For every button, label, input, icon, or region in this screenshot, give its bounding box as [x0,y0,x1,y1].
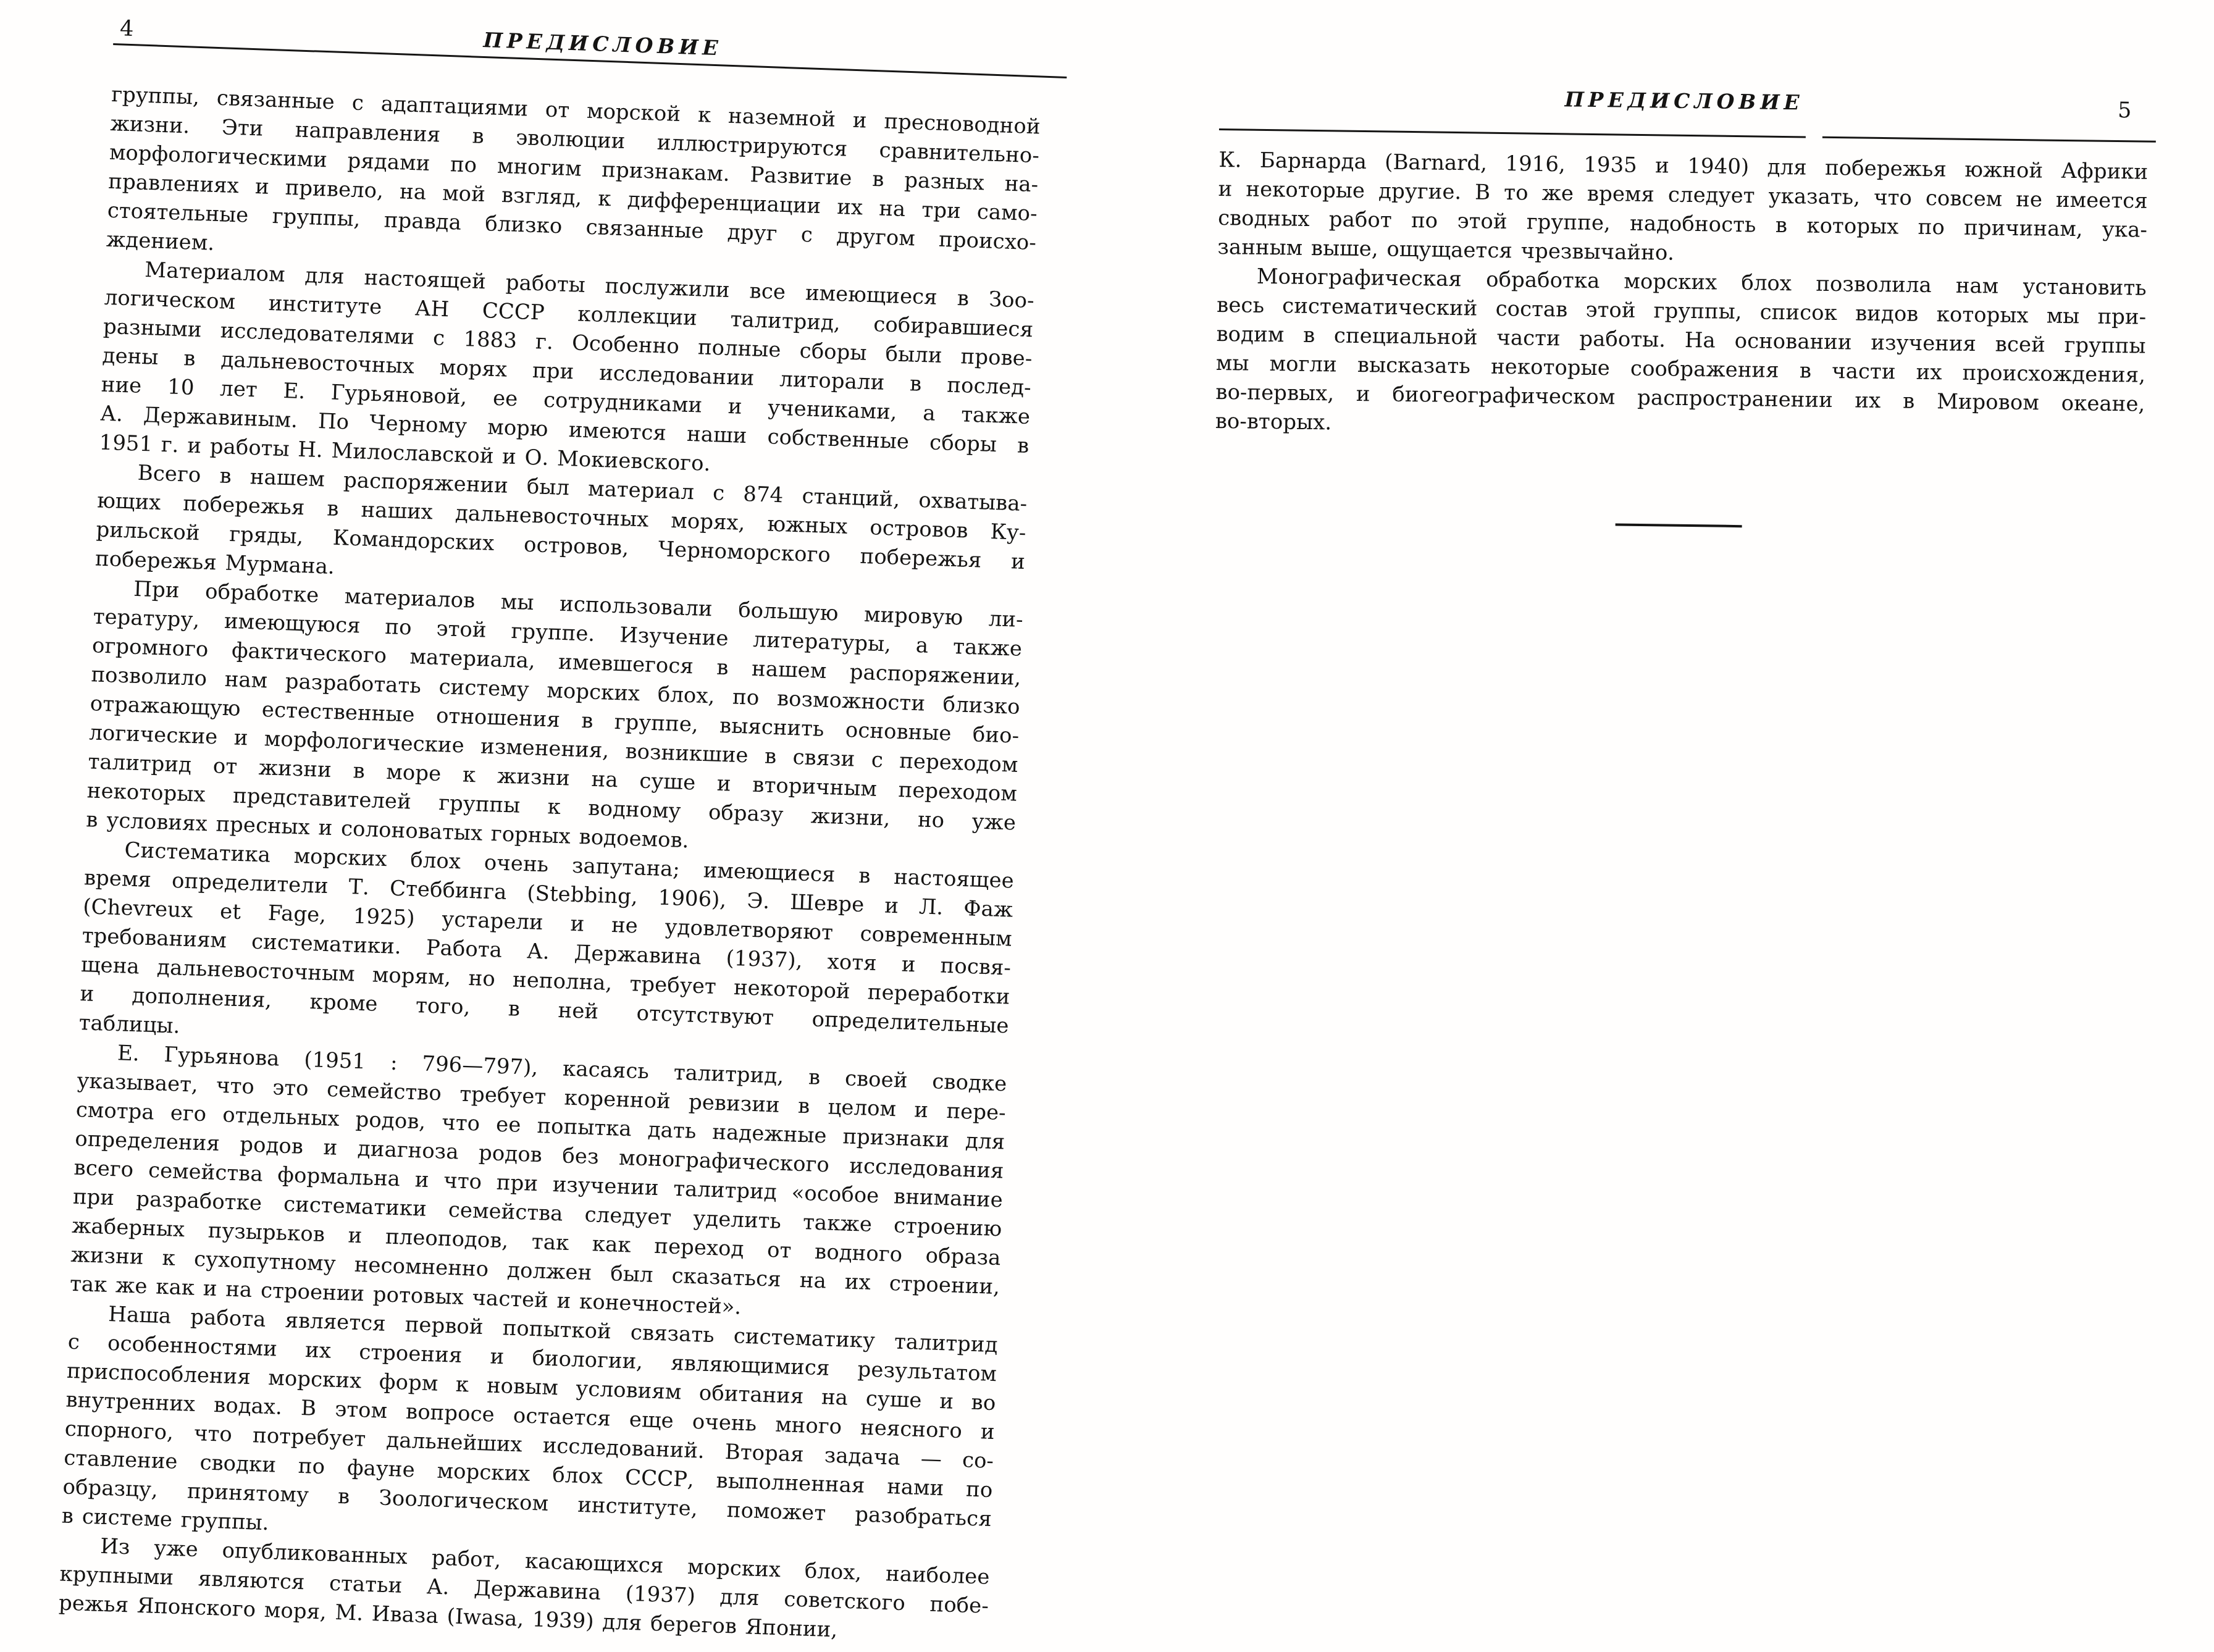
text-column-right: К. Барнарда (Barnard, 1916, 1935 и 1940)… [1215,146,2148,448]
text-column-left: группы, связанные с адаптациями от морск… [58,80,1041,1650]
running-title-left: ПРЕДИСЛОВИЕ [483,28,723,60]
paragraph: При обработке материалов мы использовали… [86,573,1024,866]
paragraph: К. Барнарда (Barnard, 1916, 1935 и 1940)… [1217,146,2148,274]
page-number-left: 4 [119,16,134,41]
paragraph: группы, связанные с адаптациями от морск… [106,80,1041,287]
paragraph: Систематика морских блох очень запутана;… [78,834,1015,1070]
page-number-right: 5 [2118,98,2132,123]
paragraph: Материалом для настоящей работы послужил… [99,254,1035,490]
paragraph: Монографическая обработка морских блох п… [1215,262,2147,448]
page-right: ПРЕДИСЛОВИЕ 5 К. Барнарда (Barnard, 1916… [1214,80,2149,533]
running-title-right: ПРЕДИСЛОВИЕ [1564,87,1804,114]
running-head-left: 4 ПРЕДИСЛОВИЕ [113,12,1043,75]
page-left: 4 ПРЕДИСЛОВИЕ группы, связанные с адапта… [58,12,1043,1650]
paragraph: Е. Гурьянова (1951 : 796—797), касаясь т… [69,1038,1007,1331]
section-divider-rule [1616,523,1742,527]
book-spread: 4 ПРЕДИСЛОВИЕ группы, связанные с адапта… [0,0,2214,1652]
paragraph: Наша работа является первой попыткой свя… [61,1299,998,1563]
